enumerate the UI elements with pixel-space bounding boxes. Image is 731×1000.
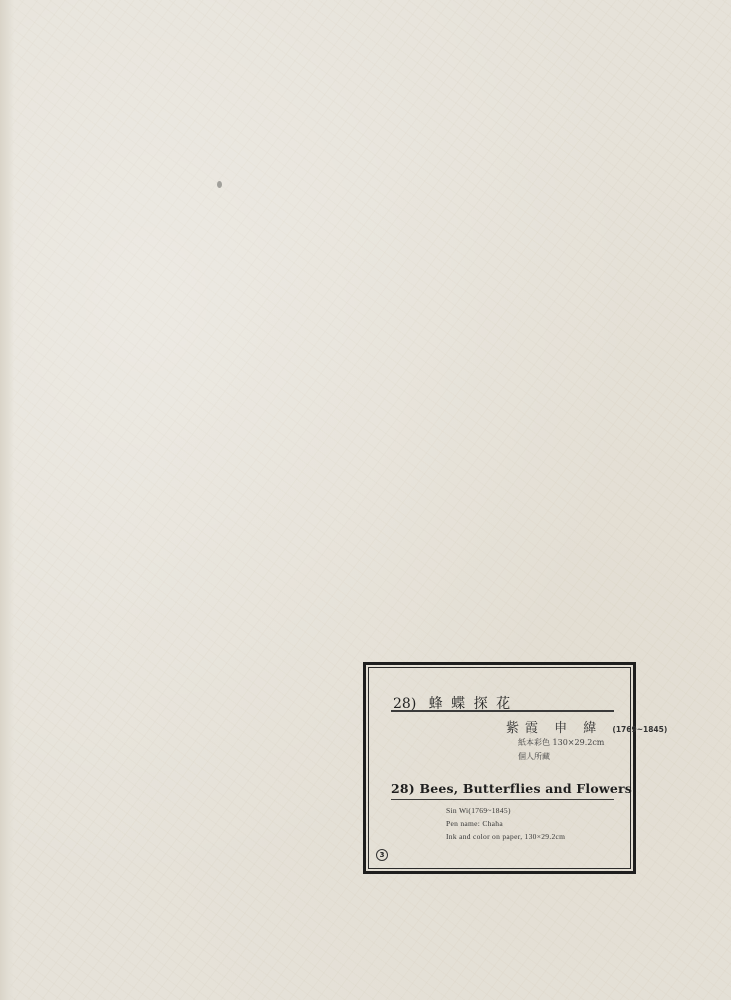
korean-medium: 紙本彩色 130×29.2cm xyxy=(518,737,604,748)
korean-artist-name: 紫霞 申 緯 xyxy=(506,721,602,736)
caption-label-box: 28) 蜂 蝶 探 花 紫霞 申 緯 (1769~1845) 紙本彩色 130×… xyxy=(363,662,636,874)
english-title: 28) Bees, Butterflies and Flowers xyxy=(391,781,632,796)
english-pen-name: Pen name: Chaha xyxy=(446,819,503,828)
paper-spot xyxy=(217,181,222,188)
korean-artist-dates: (1769~1845) xyxy=(612,725,667,734)
english-medium: Ink and color on paper, 130×29.2cm xyxy=(446,832,565,841)
english-artist: Sin Wi(1769~1845) xyxy=(446,806,511,815)
english-title-divider xyxy=(391,799,614,800)
binding-edge xyxy=(0,0,14,1000)
plate-number-badge: 3 xyxy=(376,849,388,861)
korean-artist: 紫霞 申 緯 (1769~1845) xyxy=(506,717,667,736)
korean-owner: 個人所藏 xyxy=(518,751,550,762)
title-divider xyxy=(391,710,614,712)
